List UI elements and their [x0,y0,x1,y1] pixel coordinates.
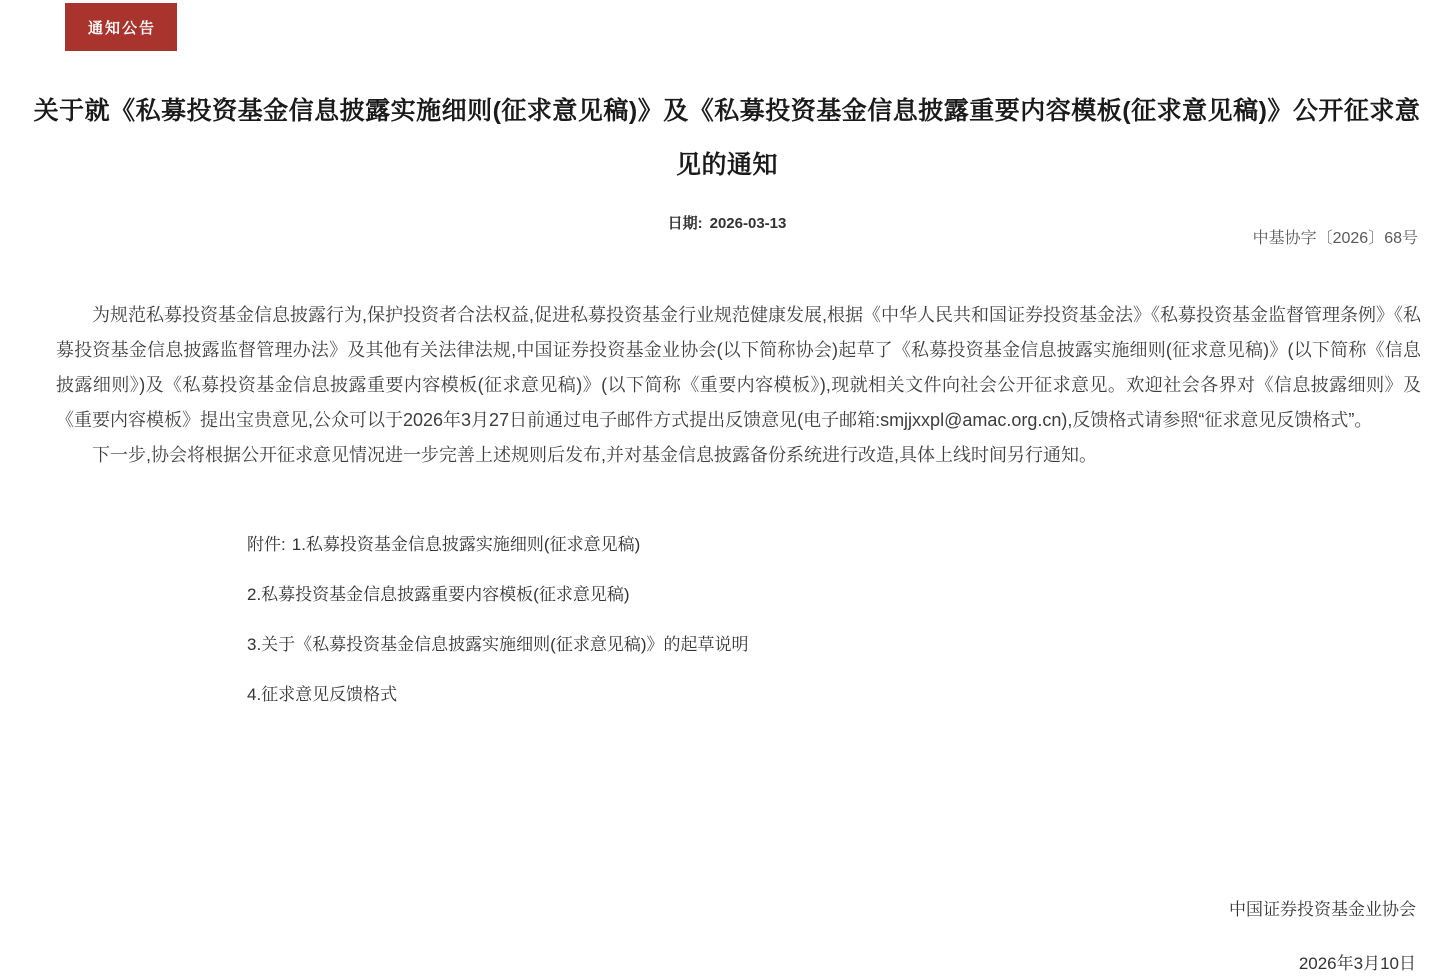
meta-row: 日期:2026-03-13 中基协字〔2026〕68号 [0,212,1454,258]
body-paragraph-2: 下一步,协会将根据公开征求意见情况进一步完善上述规则后发布,并对基金信息披露备份… [56,438,1421,473]
attachment-row: 2.私募投资基金信息披露重要内容模板(征求意见稿) [247,583,1454,607]
signature-organization: 中国证券投资基金业协会 [1229,898,1416,922]
publish-date-value: 2026-03-13 [710,215,787,232]
attachment-link-3[interactable]: 3.关于《私募投资基金信息披露实施细则(征求意见稿)》的起草说明 [247,635,749,654]
document-number: 中基协字〔2026〕68号 [1253,225,1418,248]
attachment-row: 3.关于《私募投资基金信息披露实施细则(征求意见稿)》的起草说明 [247,633,1454,657]
attachments-label: 附件: [247,535,286,554]
signature-block: 中国证券投资基金业协会 2026年3月10日 [1229,898,1416,976]
signature-date: 2026年3月10日 [1229,952,1416,976]
attachment-link-1[interactable]: 1.私募投资基金信息披露实施细则(征求意见稿) [292,535,641,554]
attachment-link-4[interactable]: 4.征求意见反馈格式 [247,685,397,704]
attachment-row: 4.征求意见反馈格式 [247,683,1454,707]
attachment-row: 附件:1.私募投资基金信息披露实施细则(征求意见稿) [247,533,1454,557]
publish-date-label: 日期: [668,215,703,232]
attachments-section: 附件:1.私募投资基金信息披露实施细则(征求意见稿) 2.私募投资基金信息披露重… [247,533,1454,707]
publish-date: 日期:2026-03-13 [0,212,1454,233]
tab-notice-announcement[interactable]: 通知公告 [65,3,177,51]
page-title: 关于就《私募投资基金信息披露实施细则(征求意见稿)》及《私募投资基金信息披露重要… [28,0,1426,192]
body-paragraph-1: 为规范私募投资基金信息披露行为,保护投资者合法权益,促进私募投资基金行业规范健康… [56,298,1421,438]
attachment-link-2[interactable]: 2.私募投资基金信息披露重要内容模板(征求意见稿) [247,585,630,604]
notice-body: 为规范私募投资基金信息披露行为,保护投资者合法权益,促进私募投资基金行业规范健康… [56,298,1421,473]
